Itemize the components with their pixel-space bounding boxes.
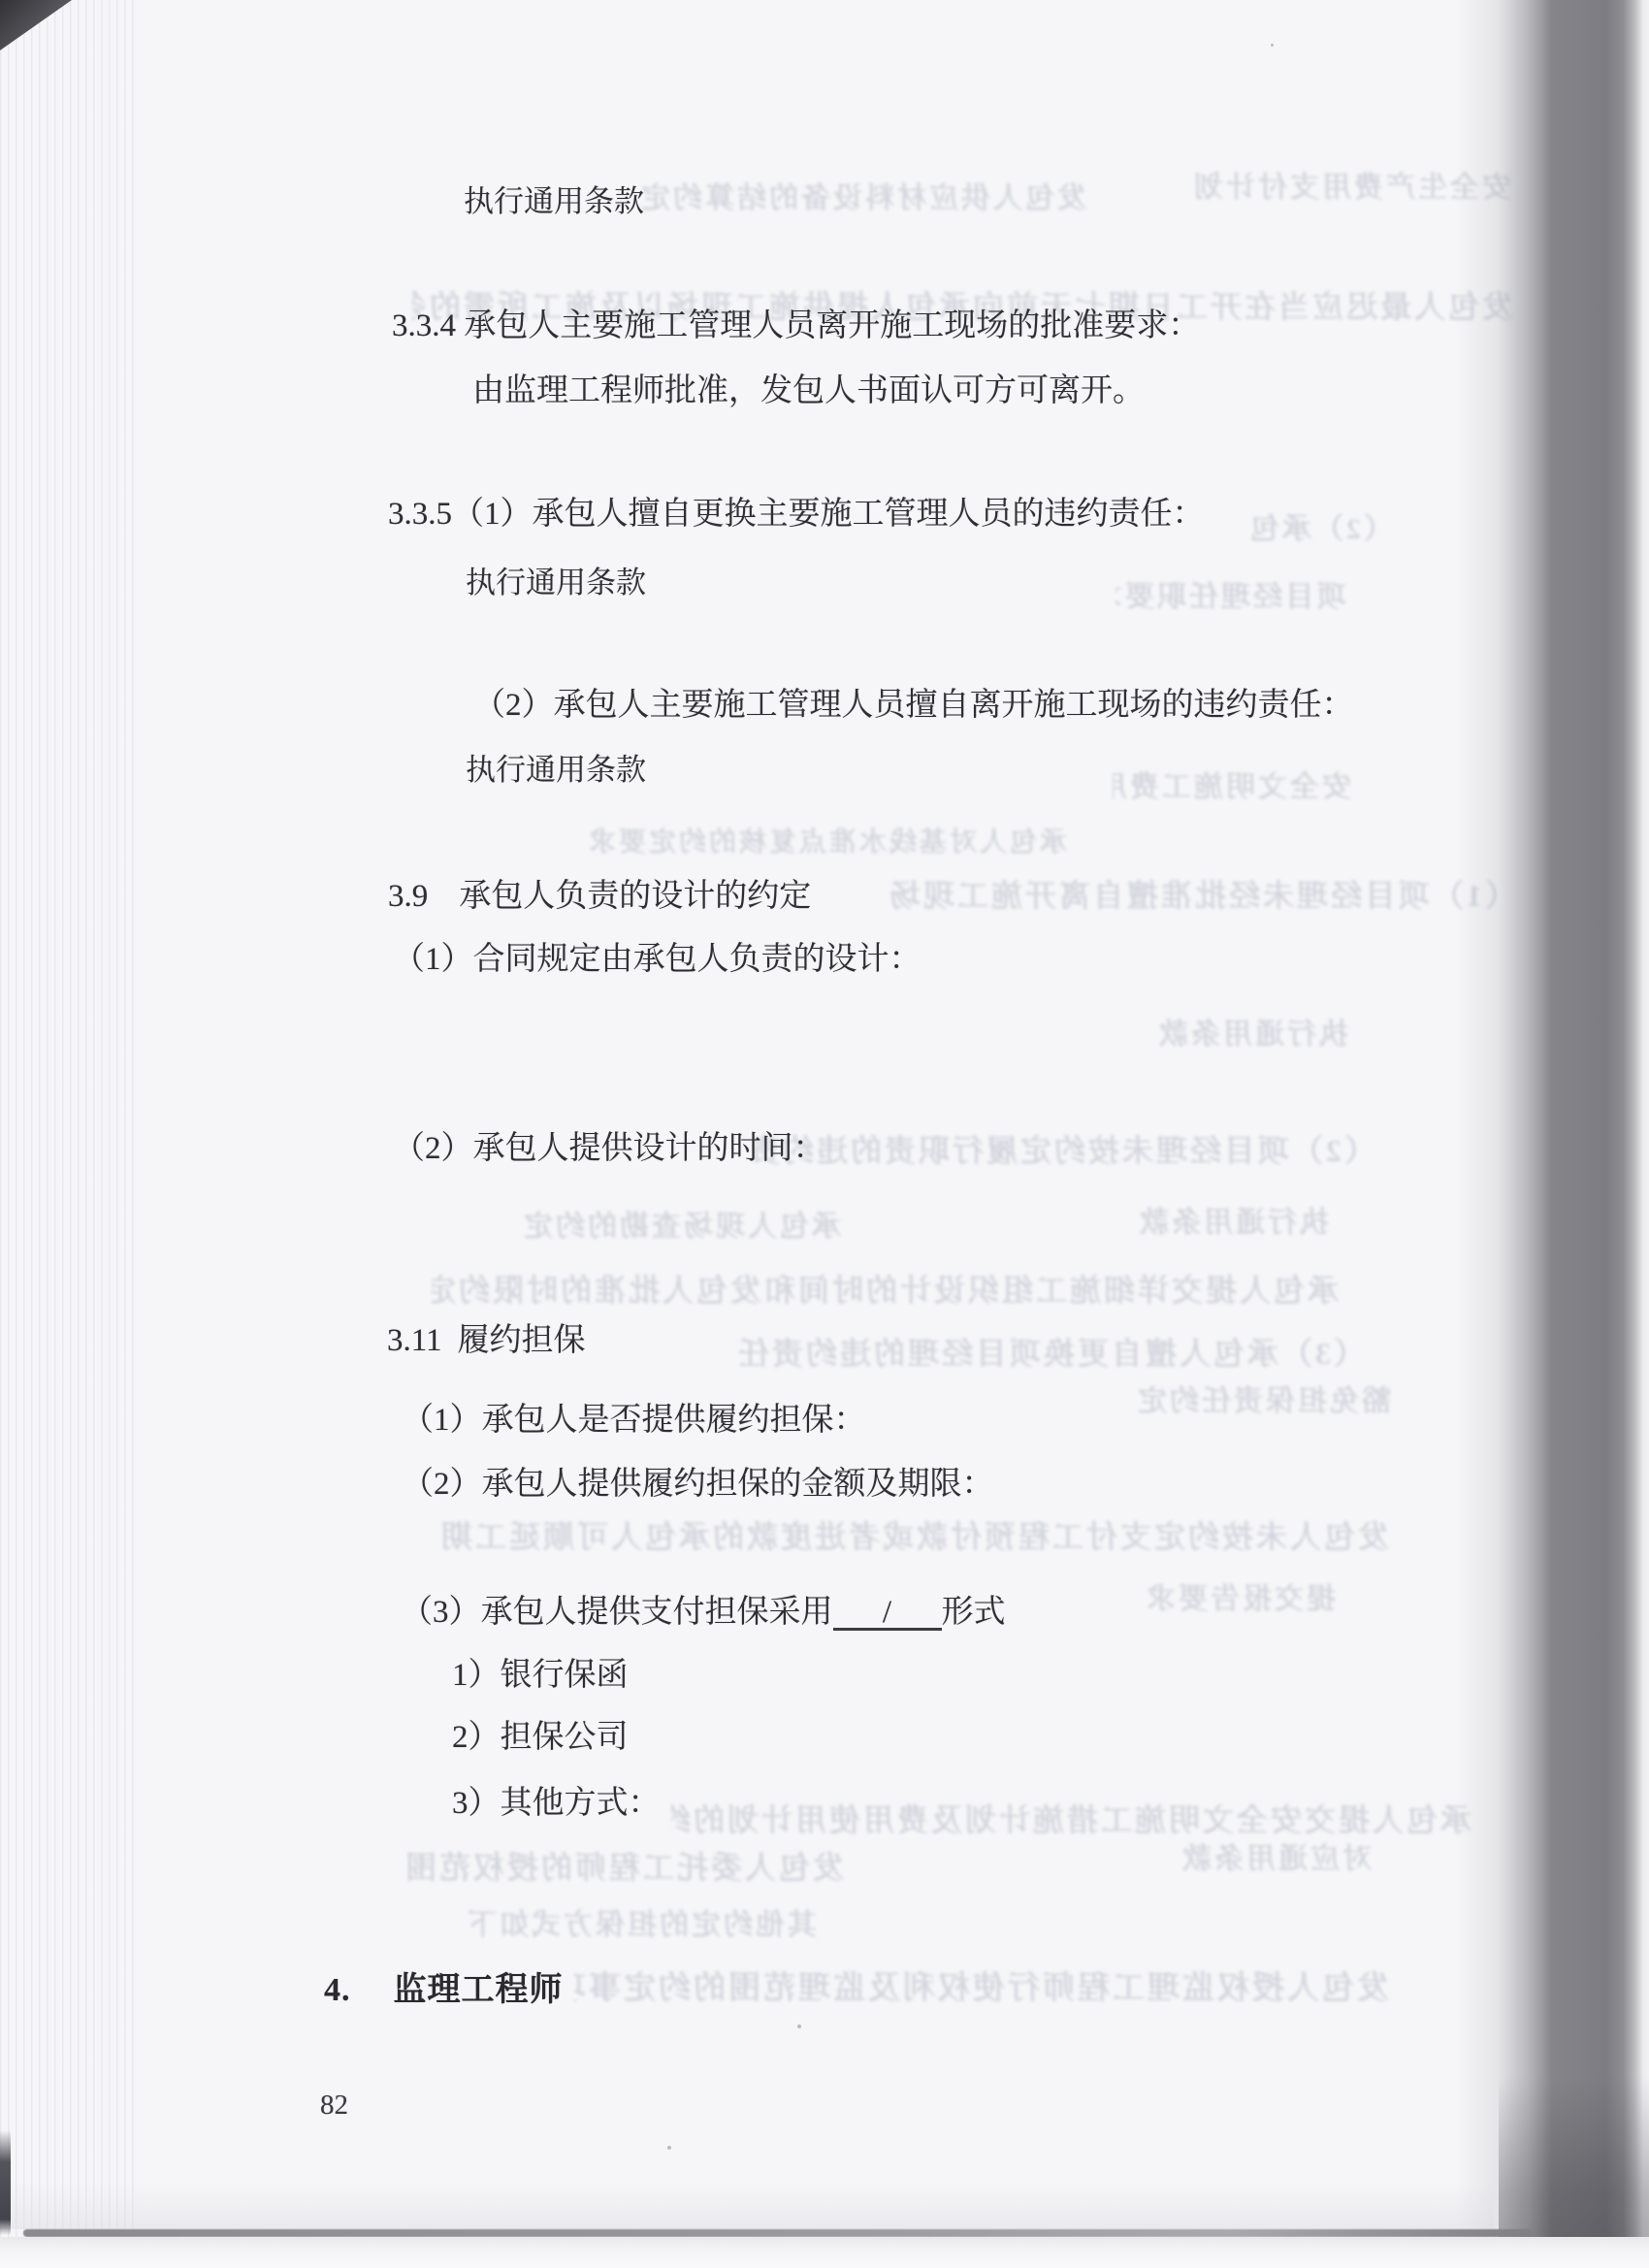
scanned-contract-page: 发包人供应材料设备的结算约定 安全生产费用支付计划 发包人最迟应当在开工日期七天…	[0, 0, 1649, 2268]
dust-speck	[667, 2146, 671, 2150]
page-bottom-shadow	[0, 2181, 1494, 2229]
clause-3-3-5-item2-answer: 执行通用条款	[466, 752, 646, 788]
section-4-title: 监理工程师	[394, 1972, 564, 2008]
bleed-through-text: （3）承包人擅自更换项目经理的违约责任	[739, 1335, 1365, 1372]
clause-3-11-item3-suffix: 形式	[942, 1595, 1006, 1630]
section-4-heading: 4.监理工程师	[324, 1971, 564, 2011]
section-4-number: 4.	[324, 1972, 351, 2008]
clause-3-11-item3-option3: 3）其他方式：	[452, 1785, 661, 1824]
bleed-through-text: （2）项目经理未按约定履行职责的违约责任	[755, 1132, 1375, 1169]
bleed-through-text: 发包人授权监理工程师行使权利及监理范围的约定事项	[574, 1970, 1389, 2009]
bleed-through-text: 承包人提交安全文明施工措施计划及费用使用计划的约定	[671, 1801, 1471, 1838]
clause-3-11-item3-prefix: （3）承包人提供支付担保采用	[401, 1595, 833, 1630]
bleed-through-text: 执行通用条款	[1123, 1206, 1329, 1241]
clause-3-3-5-item2: （2）承包人主要施工管理人员擅自离开施工现场的违约责任：	[473, 687, 1354, 726]
clause-3-11-item1: （1）承包人是否提供履约担保：	[402, 1402, 866, 1441]
clause-3-9-number: 3.9	[388, 879, 428, 914]
bleed-through-text: 其他约定的担保方式如下	[398, 1908, 817, 1943]
scan-left-edge-artifact	[0, 2130, 11, 2235]
scanner-shadow-band	[1455, 0, 1649, 2243]
dust-speck	[1271, 44, 1274, 47]
clause-3-9-item2: （2）承包人提供设计的时间：	[393, 1130, 825, 1169]
bleed-through-text: 安全文明施工费用	[1113, 770, 1351, 805]
clause-3-3-5-item1: 3.3.5（1）承包人擅自更换主要施工管理人员的违约责任：	[388, 496, 1205, 535]
bleed-through-text: 发包人未按约定支付工程预付款或者进度款的承包人可顺延工期	[419, 1518, 1389, 1555]
bleed-through-text: （2）承包	[1230, 512, 1393, 547]
blank-slash-value: /	[883, 1595, 891, 1630]
book-page-edges	[0, 0, 136, 2268]
clause-3-11-item3-option1: 1）银行保函	[452, 1657, 629, 1696]
bleed-through-text: 安全生产费用支付计划	[1172, 171, 1511, 206]
bleed-through-text: 执行通用条款	[1120, 1018, 1348, 1053]
bleed-through-text: 提交报告要求	[1130, 1582, 1336, 1617]
clause-3-3-4-answer: 由监理工程师批准，发包人书面认可方可离开。	[472, 373, 1145, 411]
clause-3-9-title: 承包人负责的设计的约定	[459, 879, 811, 914]
scanner-shadow-corner	[1499, 2076, 1649, 2243]
scanner-bed-strip	[0, 2237, 1649, 2268]
clause-3-11-title: 履约担保	[458, 1323, 586, 1358]
dust-speck	[797, 2025, 801, 2028]
page-number: 82	[320, 2089, 348, 2122]
bleed-through-text: 发包人供应材料设备的结算约定	[621, 181, 1086, 216]
clause-3-11-number: 3.11	[387, 1323, 442, 1358]
clause-3-9-heading: 3.9承包人负责的设计的约定	[388, 878, 811, 917]
bleed-through-text: （1）项目经理未经批准擅自离开施工现场	[842, 877, 1516, 914]
clause-3-3-4: 3.3.4 承包人主要施工管理人员离开施工现场的批准要求：	[392, 308, 1200, 346]
bleed-through-text: 承包人对基线水准点复核的约定要求	[577, 826, 1067, 859]
bleed-through-text: 承包人现场查勘的约定	[477, 1210, 841, 1245]
clause-3-11-item3: （3）承包人提供支付担保采用/形式	[401, 1594, 1006, 1633]
clause-3-3-5-item1-answer: 执行通用条款	[466, 565, 646, 600]
payment-guarantee-blank: /	[833, 1598, 942, 1631]
clause-3-9-item1: （1）合同规定由承包人负责的设计：	[393, 941, 921, 980]
bleed-through-text: 对应通用条款	[1133, 1842, 1372, 1877]
bleed-through-text: 承包人提交详细施工组织设计的时间和发包人批准的时限约定	[432, 1272, 1339, 1309]
page-bottom-edge-line	[23, 2229, 1533, 2237]
clause-3-11-item3-option2: 2）担保公司	[452, 1719, 629, 1758]
bleed-through-text: 发包人委托工程师的授权范围	[388, 1849, 844, 1886]
bleed-through-text: 豁免担保责任约定	[1137, 1384, 1391, 1419]
bleed-through-text: 项目经理任职要求	[1115, 580, 1346, 615]
clause-3-3-3-answer: 执行通用条款	[464, 183, 644, 219]
clause-3-11-item2: （2）承包人提供履约担保的金额及期限：	[402, 1466, 994, 1505]
clause-3-11-heading: 3.11履约担保	[387, 1322, 586, 1361]
